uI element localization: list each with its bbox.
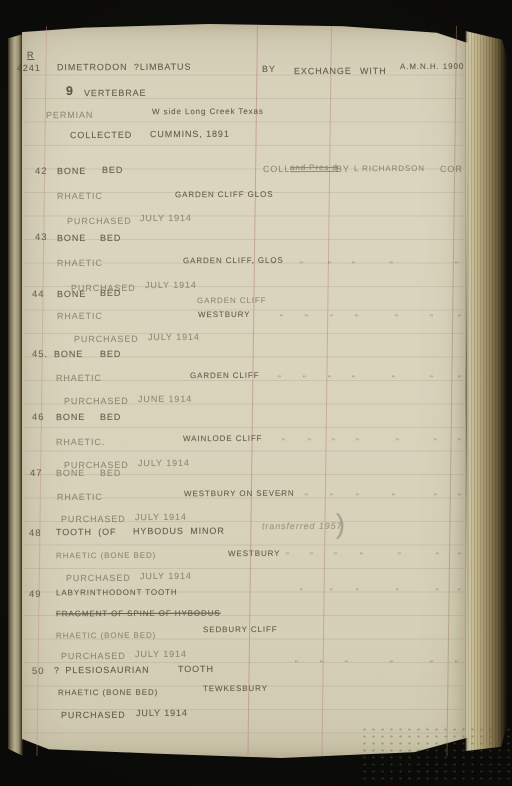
ledger-line: RHAETIC: [57, 492, 103, 502]
ledger-line: ? PLESIOSAURIAN: [54, 665, 150, 675]
ditto-mark: ": [434, 492, 437, 501]
entry-number: 47: [30, 468, 42, 479]
ditto-mark: ": [310, 551, 313, 560]
ledger-line: PERMIAN: [46, 110, 93, 120]
ditto-mark: ": [396, 437, 399, 446]
handwriting-layer: R 4241 DIMETRODON ?LIMBATUSBYEXCHANGEWIT…: [0, 0, 512, 786]
entry-number: 46: [32, 412, 44, 423]
ditto-mark: ": [436, 587, 439, 596]
ledger-line: GARDEN CLIFF: [197, 296, 267, 305]
ledger-line: DIMETRODON ?LIMBATUS: [57, 62, 191, 73]
ditto-mark: ": [278, 374, 281, 383]
ditto-mark: ": [300, 587, 303, 596]
ledger-line: GARDEN CLIFF, GLOS: [183, 256, 284, 265]
ledger-line: WESTBURY ON SEVERN: [184, 489, 295, 498]
ditto-mark: ": [430, 313, 433, 322]
ditto-mark: ": [458, 587, 461, 596]
ledger-line: BED: [100, 288, 121, 298]
ledger-line: PURCHASED: [61, 710, 126, 720]
ditto-mark: ": [334, 551, 337, 560]
ledger-line: BONE: [57, 289, 86, 299]
ditto-mark: ": [430, 374, 433, 383]
ditto-mark: ": [455, 659, 458, 668]
ledger-line: HYBODUS MINOR: [133, 526, 225, 536]
ledger-line: RHAETIC: [56, 373, 102, 383]
entry-number: 50: [32, 666, 44, 677]
ditto-mark: ": [352, 260, 355, 269]
ledger-line: JULY 1914: [138, 458, 190, 468]
ditto-mark: ": [355, 313, 358, 322]
ledger-line: BONE: [56, 412, 85, 422]
ditto-mark: ": [328, 374, 331, 383]
ditto-mark: ": [458, 492, 461, 501]
ditto-mark: ": [356, 492, 359, 501]
ledger-line: BY: [262, 64, 276, 74]
ledger-line: PURCHASED: [67, 216, 132, 226]
ledger-line: GARDEN CLIFF GLOS: [175, 190, 273, 199]
ditto-mark: ": [396, 587, 399, 596]
ledger-line: BONE: [54, 349, 83, 359]
ledger-line: TOOTH (OF: [56, 527, 116, 537]
ditto-mark: ": [398, 551, 401, 560]
ledger-line: BED: [100, 468, 121, 478]
ditto-mark: ": [280, 313, 283, 322]
ledger-line: PURCHASED: [66, 573, 131, 583]
ledger-line: TEWKESBURY: [203, 684, 268, 693]
ledger-line: FRAGMENT OF SPINE OF HYBODUS: [56, 609, 221, 619]
ledger-line: BED: [100, 412, 121, 422]
ledger-line: COLLECTED: [70, 130, 132, 140]
ledger-line: BED: [100, 349, 121, 359]
ledger-line: RHAETIC.: [56, 437, 105, 447]
ditto-mark: ": [305, 313, 308, 322]
ledger-line: L RICHARDSON: [354, 164, 425, 173]
ledger-line: and Pres d: [290, 163, 338, 172]
ditto-mark: ": [300, 260, 303, 269]
ditto-mark: ": [272, 260, 275, 269]
ledger-line: WESTBURY: [228, 549, 280, 558]
entry-number: 49: [29, 589, 41, 600]
entry-number: 43: [35, 232, 47, 243]
entry-number: 42: [35, 166, 47, 177]
ledger-line: BED: [100, 233, 121, 243]
ditto-mark: ": [352, 374, 355, 383]
entry-number: 45.: [32, 349, 48, 360]
ditto-mark: ": [330, 313, 333, 322]
ditto-mark: ": [458, 313, 461, 322]
ledger-line: LABYRINTHODONT TOOTH: [56, 588, 178, 598]
ledger-line: 9: [66, 84, 74, 98]
ditto-mark: ": [295, 659, 298, 668]
scanned-register-photo: R 4241 DIMETRODON ?LIMBATUSBYEXCHANGEWIT…: [0, 0, 512, 786]
ditto-mark: ": [458, 437, 461, 446]
ledger-line: JULY 1914: [140, 213, 192, 223]
ledger-line: ): [336, 509, 345, 540]
ditto-mark: ": [392, 492, 395, 501]
ledger-line: W side Long Creek Texas: [152, 107, 264, 116]
ledger-line: RHAETIC: [57, 311, 103, 321]
ledger-line: COR: [440, 164, 463, 174]
ditto-mark: ": [332, 437, 335, 446]
ledger-line: BONE: [57, 233, 86, 243]
ditto-mark: ": [308, 437, 311, 446]
ledger-line: BONE: [57, 166, 86, 176]
ditto-mark: ": [458, 374, 461, 383]
ditto-mark: ": [430, 659, 433, 668]
ditto-mark: ": [390, 659, 393, 668]
ditto-mark: ": [392, 374, 395, 383]
ditto-mark: ": [320, 659, 323, 668]
ledger-line: WAINLODE CLIFF: [183, 434, 262, 443]
ditto-mark: ": [436, 551, 439, 560]
ledger-line: JUNE 1914: [138, 394, 192, 404]
ditto-mark: ": [345, 659, 348, 668]
register-number: 4241: [17, 63, 41, 73]
ditto-mark: ": [280, 492, 283, 501]
entry-number: 44: [32, 289, 44, 300]
ledger-line: JULY 1914: [135, 512, 187, 522]
ledger-line: EXCHANGE: [294, 66, 352, 76]
ditto-mark: ": [390, 260, 393, 269]
ledger-line: JULY 1914: [135, 649, 187, 659]
ledger-line: BONE: [56, 468, 85, 478]
ledger-line: JULY 1914: [148, 332, 200, 342]
ledger-line: PURCHASED: [64, 396, 129, 406]
ditto-mark: ": [395, 313, 398, 322]
ditto-mark: ": [282, 437, 285, 446]
ledger-line: PURCHASED: [74, 334, 139, 344]
ledger-line: VERTEBRAE: [84, 88, 146, 98]
register-prefix: R: [27, 50, 34, 60]
ledger-line: JULY 1914: [136, 708, 188, 718]
ledger-line: WESTBURY: [198, 310, 250, 319]
ledger-line: SEDBURY CLIFF: [203, 625, 278, 634]
ditto-mark: ": [360, 551, 363, 560]
cover-texture: [360, 726, 510, 782]
ledger-line: A.M.N.H. 1900: [400, 62, 464, 71]
ledger-line: RHAETIC: [57, 191, 103, 201]
entry-number: 48: [29, 528, 41, 539]
ledger-line: JULY 1914: [140, 571, 192, 581]
ledger-line: BED: [102, 165, 123, 175]
ledger-line: PURCHASED: [61, 651, 126, 661]
ledger-line: GARDEN CLIFF: [190, 371, 260, 380]
ledger-line: COLL: [263, 164, 290, 174]
ditto-mark: ": [328, 260, 331, 269]
book-fore-edge: [465, 28, 507, 754]
ditto-mark: ": [356, 587, 359, 596]
ditto-mark: ": [330, 492, 333, 501]
ledger-line: CUMMINS, 1891: [150, 129, 230, 139]
ditto-mark: ": [330, 587, 333, 596]
ledger-line: PURCHASED: [61, 514, 126, 524]
ditto-mark: ": [434, 437, 437, 446]
ditto-mark: ": [458, 551, 461, 560]
ledger-line: RHAETIC: [57, 258, 103, 268]
ledger-line: RHAETIC (BONE BED): [56, 631, 156, 640]
ditto-mark: ": [286, 551, 289, 560]
ledger-line: WITH: [360, 66, 387, 76]
ledger-line: RHAETIC (BONE BED): [58, 688, 158, 697]
ledger-line: TOOTH: [178, 664, 214, 674]
ditto-mark: ": [356, 437, 359, 446]
ledger-line: RHAETIC (BONE BED): [56, 551, 156, 560]
ditto-mark: ": [455, 260, 458, 269]
ledger-line: BY: [336, 164, 350, 174]
ledger-line: JULY 1914: [145, 280, 197, 290]
ditto-mark: ": [303, 374, 306, 383]
ledger-line: transferred 1957: [262, 521, 342, 531]
ditto-mark: ": [305, 492, 308, 501]
